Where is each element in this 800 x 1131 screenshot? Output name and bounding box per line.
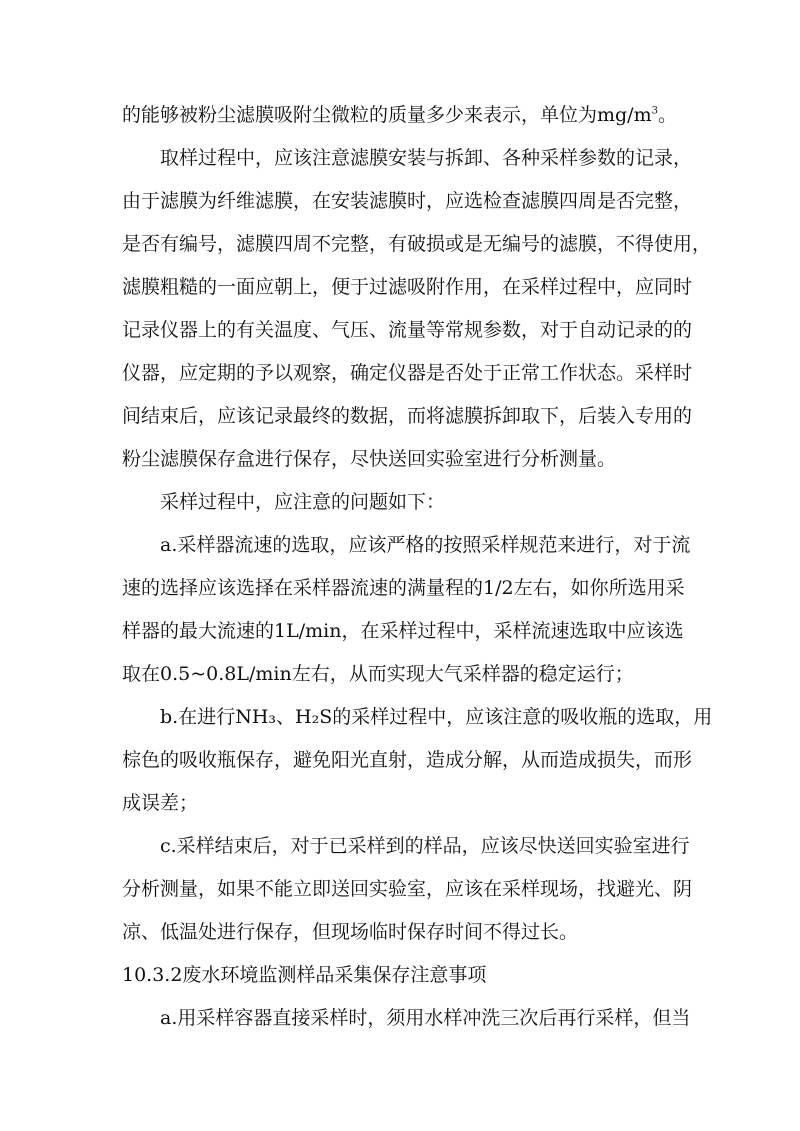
list-item-b-line: 成误差；	[122, 788, 678, 818]
paragraph-line: 记录仪器上的有关温度、气压、流量等常规参数，对于自动记录的的	[122, 315, 678, 345]
list-item-c-line: c.采样结束后，对于已采样到的样品，应该尽快送回实验室进行	[160, 831, 678, 861]
list-item-c-line: 凉、低温处进行保存，但现场临时保存时间不得过长。	[122, 917, 678, 947]
paragraph-line: 取样过程中，应该注意滤膜安装与拆卸、各种采样参数的记录，	[160, 143, 678, 173]
paragraph-line: 由于滤膜为纤维滤膜，在安装滤膜时，应选检查滤膜四周是否完整，	[122, 186, 678, 216]
list-item-a-line: a.采样器流速的选取，应该严格的按照采样规范来进行，对于流	[160, 530, 678, 560]
list-item-a-line: 速的选择应该选择在采样器流速的满量程的1/2左右，如你所选用采	[122, 573, 678, 603]
list-item-c-line: 分析测量，如果不能立即送回实验室，应该在采样现场，找避光、阴	[122, 874, 678, 904]
paragraph-line: 间结束后，应该记录最终的数据，而将滤膜拆卸取下，后装入专用的	[122, 401, 678, 431]
paragraph-line: 粉尘滤膜保存盒进行保存，尽快送回实验室进行分析测量。	[122, 444, 678, 474]
list-item-a-line: 样器的最大流速的1L/min，在采样过程中，采样流速选取中应该选	[122, 616, 678, 646]
list-item-b-line: 棕色的吸收瓶保存，避免阳光直射，造成分解，从而造成损失，而形	[122, 745, 678, 775]
list-item-b-line: b.在进行NH₃、H₂S的采样过程中，应该注意的吸收瓶的选取，用	[160, 702, 678, 732]
list-item-a-line: a.用采样容器直接采样时，须用水样冲洗三次后再行采样，但当	[160, 1003, 678, 1033]
paragraph-line: 仪器，应定期的予以观察，确定仪器是否处于正常工作状态。采样时	[122, 358, 678, 388]
section-heading: 10.3.2废水环境监测样品采集保存注意事项	[122, 960, 678, 990]
paragraph-line: 采样过程中，应注意的问题如下：	[160, 487, 678, 517]
document-page: 的能够被粉尘滤膜吸附尘微粒的质量多少来表示，单位为mg/m3。 取样过程中，应该…	[0, 0, 800, 1131]
line-text-end: 。	[658, 104, 677, 126]
list-item-a-line: 取在0.5~0.8L/min左右，从而实现大气采样器的稳定运行；	[122, 659, 678, 689]
paragraph-line: 滤膜粗糙的一面应朝上，便于过滤吸附作用，在采样过程中，应同时	[122, 272, 678, 302]
line-text: 的能够被粉尘滤膜吸附尘微粒的质量多少来表示，单位为mg/m	[122, 104, 652, 126]
paragraph-line: 的能够被粉尘滤膜吸附尘微粒的质量多少来表示，单位为mg/m3。	[122, 100, 678, 130]
paragraph-line: 是否有编号，滤膜四周不完整，有破损或是无编号的滤膜，不得使用，	[122, 229, 678, 259]
